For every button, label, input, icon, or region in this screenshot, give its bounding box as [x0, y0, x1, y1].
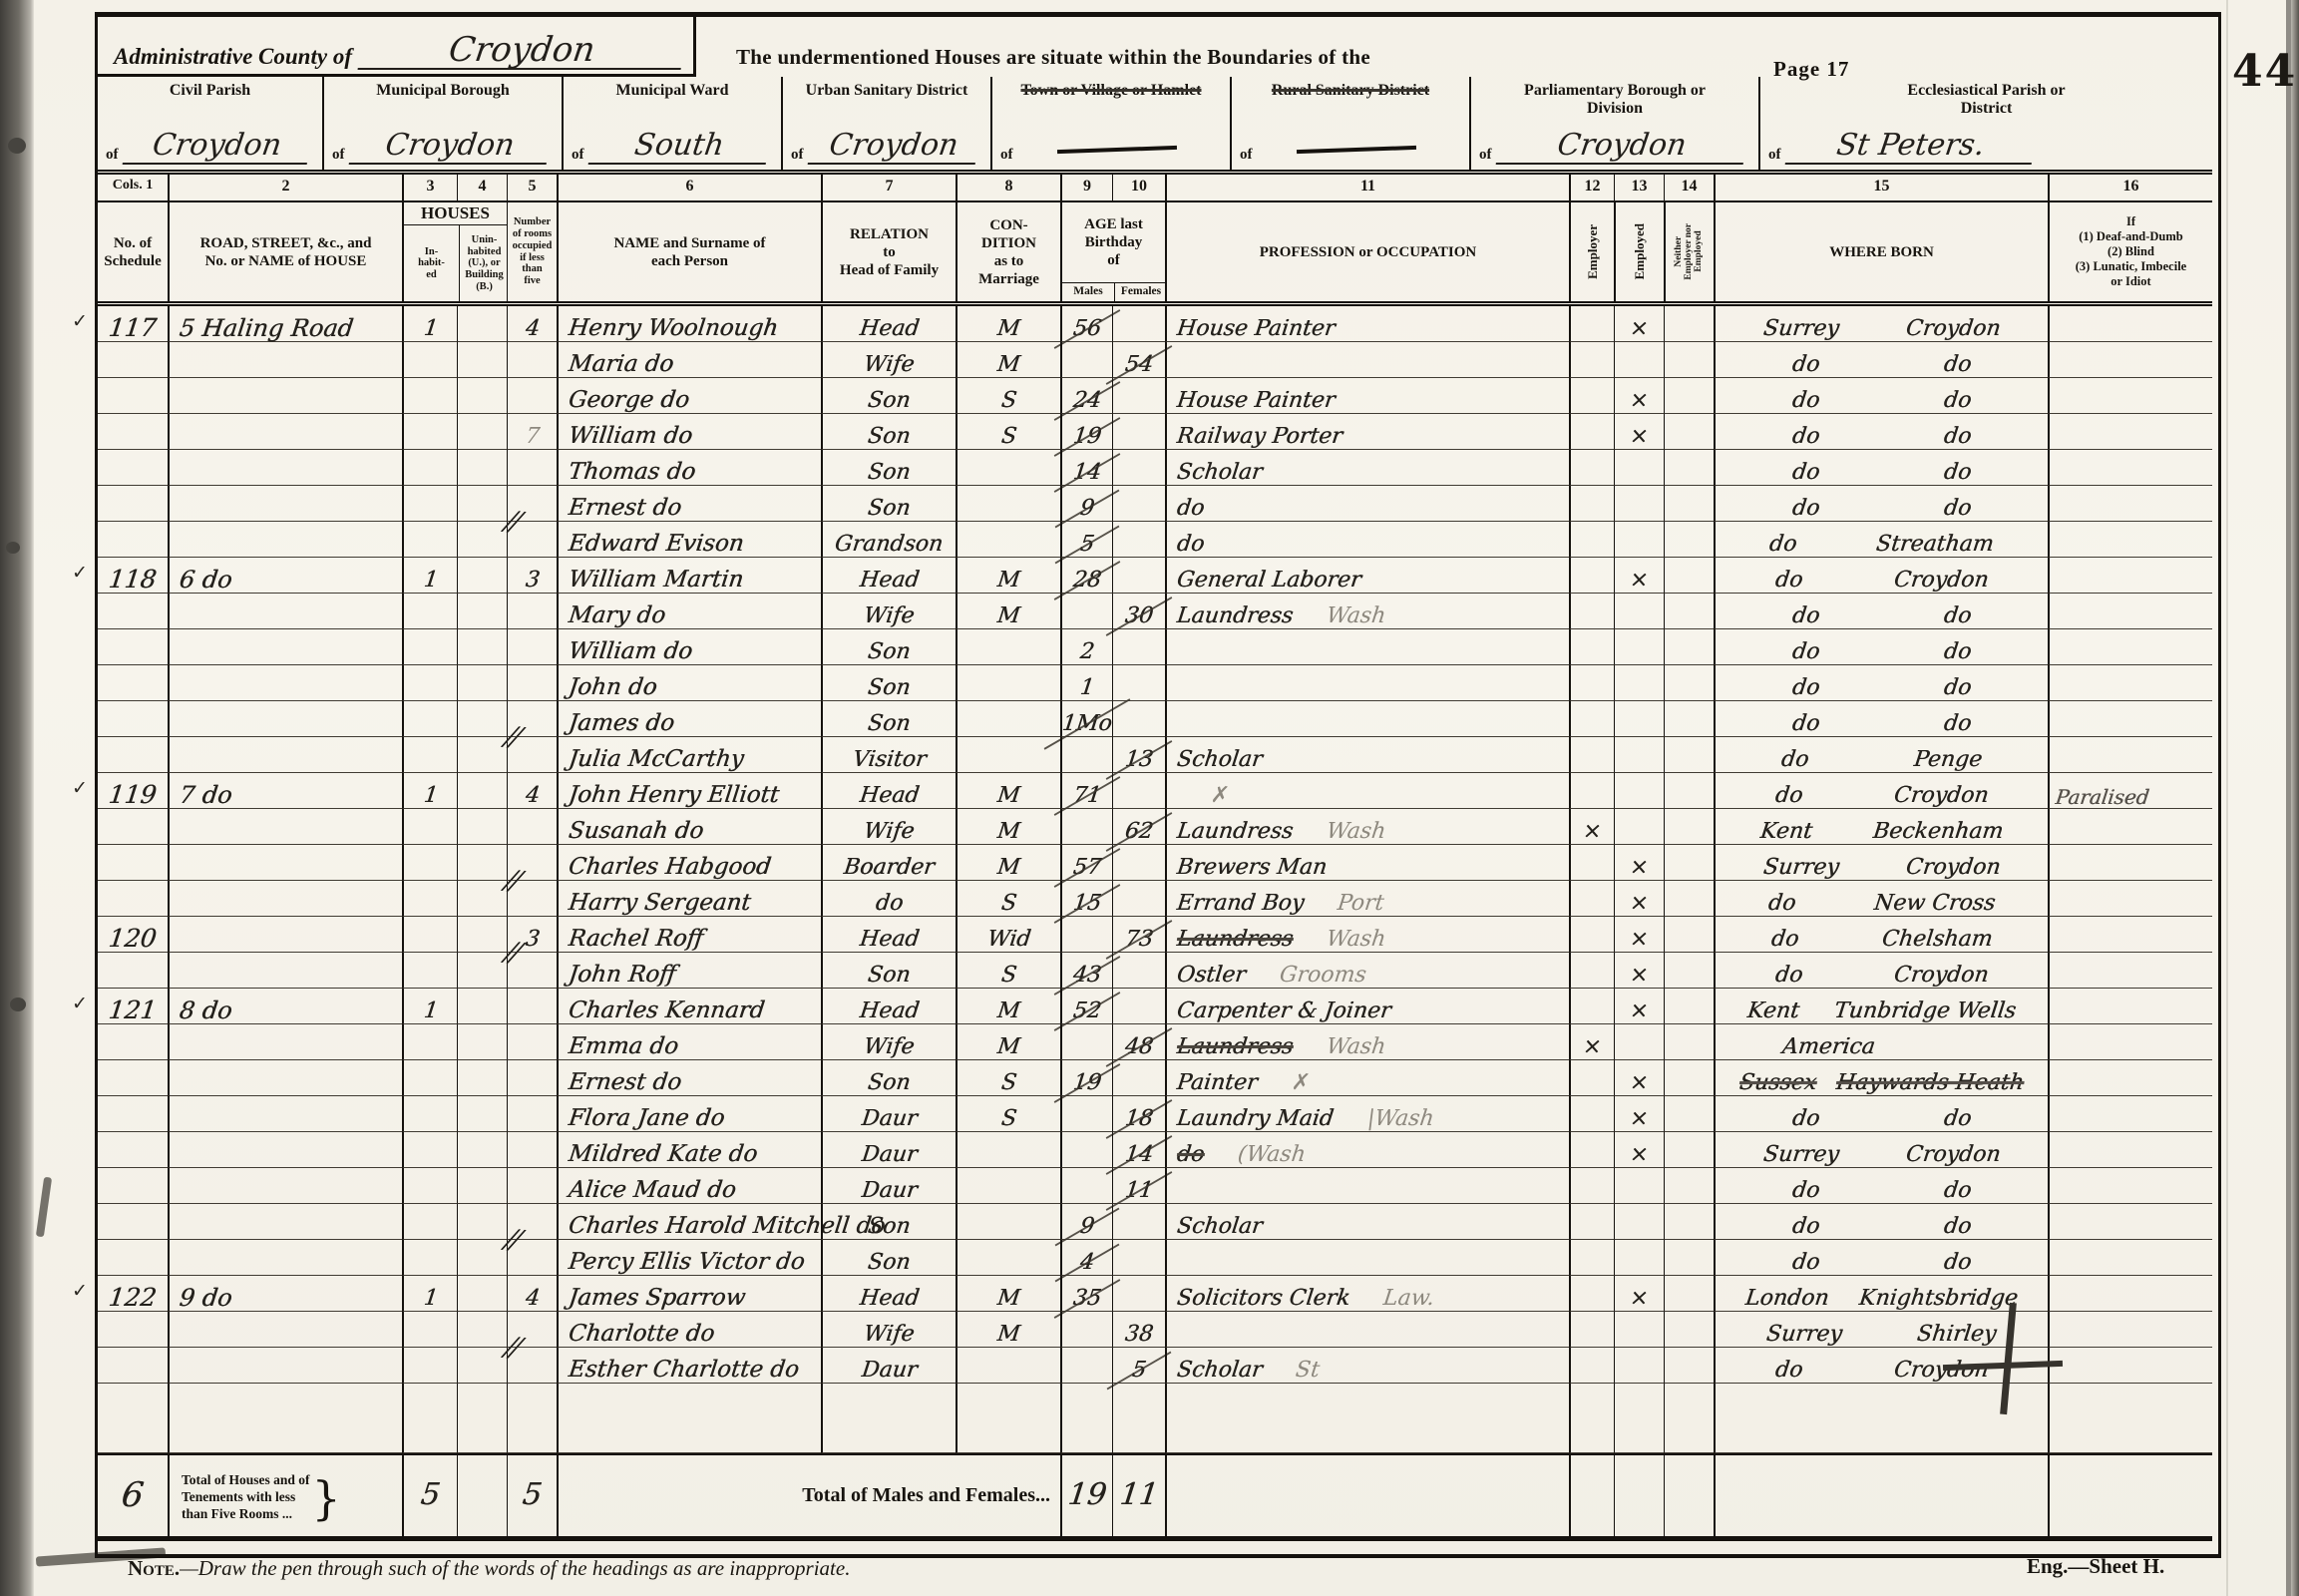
- born-cell: KentBeckenham: [1714, 809, 2048, 845]
- employer-cell: [1569, 450, 1614, 486]
- inhabited-cell: [402, 881, 457, 917]
- header-houses-group: HOUSES In- habit- ed Unin- habited (U.),…: [402, 202, 507, 301]
- road-cell: [168, 1348, 402, 1384]
- born-cell: dodo: [1714, 414, 2048, 450]
- name-cell: Ernest do: [557, 1060, 821, 1096]
- header-uninhabited: Unin- habited (U.), or Building (B.): [459, 225, 509, 301]
- employer-cell: [1569, 953, 1614, 989]
- condition-cell: [956, 1168, 1060, 1204]
- uninhabited-cell: [457, 1204, 507, 1240]
- scan-blot: [10, 997, 26, 1011]
- occupation-cell: [1165, 342, 1569, 378]
- header-condition: CON- DITION as to Marriage: [956, 202, 1060, 301]
- age-female-cell: [1112, 414, 1165, 450]
- age-male-cell: 28: [1060, 558, 1112, 594]
- table-row: Julia McCarthy Visitor 13 Scholar doPeng…: [98, 737, 2212, 773]
- table-row: Mary do Wife M 30 LaundressWash dodo: [98, 594, 2212, 629]
- condition-cell: Wid: [956, 917, 1060, 953]
- margin-checkmark: ✓: [72, 993, 88, 1015]
- neither-cell: [1664, 953, 1714, 989]
- torn-left-edge: [0, 0, 34, 1596]
- condition-cell: S: [956, 414, 1060, 450]
- age-female-cell: [1112, 558, 1165, 594]
- schedule-cell: [98, 414, 168, 450]
- rooms-cell: [507, 1240, 557, 1276]
- name-cell: James Sparrow: [557, 1276, 821, 1312]
- census-sheet: Administrative County of Croydon The und…: [95, 12, 2221, 1558]
- age-female-cell: 30: [1112, 594, 1165, 629]
- occupation-cell: Scholar: [1165, 1204, 1569, 1240]
- relation-cell: Son: [821, 1060, 956, 1096]
- header-schedule: No. of Schedule: [98, 202, 168, 301]
- schedule-cell: [98, 486, 168, 522]
- neither-cell: [1664, 809, 1714, 845]
- occupation-cell: Scholar: [1165, 737, 1569, 773]
- age-male-cell: 5: [1060, 522, 1112, 558]
- schedule-cell: [98, 1204, 168, 1240]
- inhabited-cell: 1: [402, 306, 457, 342]
- infirmity-cell: [2048, 737, 2212, 773]
- age-female-cell: 11: [1112, 1168, 1165, 1204]
- cross-mark: [1947, 1309, 2059, 1408]
- totals-males: 19: [1060, 1455, 1112, 1536]
- occupation-cell: LaundressWash: [1165, 1024, 1569, 1060]
- employed-cell: [1614, 773, 1664, 809]
- header-rooms: Number of rooms occupied if less than fi…: [507, 202, 557, 301]
- admin-county-label: Administrative County of: [114, 44, 352, 70]
- occupation-cell: do(Wash: [1165, 1132, 1569, 1168]
- road-cell: [168, 1132, 402, 1168]
- employed-cell: ×: [1614, 1060, 1664, 1096]
- table-row: ✓117 5 Haling Road 1 4 Henry Woolnough H…: [98, 306, 2212, 342]
- relation-cell: Son: [821, 629, 956, 665]
- infirmity-cell: [2048, 1240, 2212, 1276]
- rooms-cell: 4: [507, 773, 557, 809]
- infirmity-cell: [2048, 558, 2212, 594]
- age-female-cell: [1112, 522, 1165, 558]
- inhabited-cell: [402, 414, 457, 450]
- header-employed: Employed: [1614, 202, 1664, 301]
- sheet-label: Eng.—Sheet H.: [2027, 1554, 2164, 1579]
- employer-cell: [1569, 1240, 1614, 1276]
- born-cell: doCroydon: [1714, 953, 2048, 989]
- infirmity-cell: [2048, 665, 2212, 701]
- inhabited-cell: [402, 342, 457, 378]
- handwritten-value: South: [587, 132, 769, 165]
- occupation-cell: ✗: [1165, 773, 1569, 809]
- neither-cell: [1664, 594, 1714, 629]
- employed-cell: [1614, 1204, 1664, 1240]
- road-cell: [168, 809, 402, 845]
- inhabited-cell: [402, 1240, 457, 1276]
- census-rows: ✓117 5 Haling Road 1 4 Henry Woolnough H…: [98, 306, 2212, 1541]
- uninhabited-cell: [457, 594, 507, 629]
- name-cell: William do: [557, 629, 821, 665]
- inhabited-cell: [402, 1060, 457, 1096]
- age-male-cell: [1060, 1168, 1112, 1204]
- table-row: Ernest do Son S 19 Painter✗ × SussexHayw…: [98, 1060, 2212, 1096]
- totals-rooms: 5: [507, 1455, 557, 1536]
- table-row: James do Son 1Mo dodo: [98, 701, 2212, 737]
- neither-cell: [1664, 558, 1714, 594]
- district-ecclesiastical-parish: Ecclesiastical Parish or District ofSt P…: [1758, 77, 2212, 170]
- schedule-cell: [98, 953, 168, 989]
- employed-cell: ×: [1614, 306, 1664, 342]
- age-female-cell: 5: [1112, 1348, 1165, 1384]
- employed-cell: [1614, 701, 1664, 737]
- rooms-cell: [507, 953, 557, 989]
- schedule-cell: [98, 1348, 168, 1384]
- employed-cell: [1614, 486, 1664, 522]
- occupation-cell: do: [1165, 522, 1569, 558]
- inhabited-cell: [402, 1348, 457, 1384]
- age-female-cell: 48: [1112, 1024, 1165, 1060]
- infirmity-cell: [2048, 1096, 2212, 1132]
- name-cell: Maria do: [557, 342, 821, 378]
- census-scan-page: { "page": { "margin_number": "44", "admi…: [0, 0, 2299, 1596]
- employer-cell: [1569, 522, 1614, 558]
- occupation-cell: OstlerGrooms: [1165, 953, 1569, 989]
- neither-cell: [1664, 665, 1714, 701]
- rooms-cell: [507, 1024, 557, 1060]
- born-cell: SurreyCroydon: [1714, 845, 2048, 881]
- condition-cell: M: [956, 989, 1060, 1024]
- neither-cell: [1664, 486, 1714, 522]
- uninhabited-cell: [457, 917, 507, 953]
- condition-cell: M: [956, 1312, 1060, 1348]
- schedule-cell: ✓121: [98, 989, 168, 1024]
- occupation-cell: [1165, 1312, 1569, 1348]
- relation-cell: Head: [821, 989, 956, 1024]
- uninhabited-cell: [457, 665, 507, 701]
- rooms-cell: [507, 737, 557, 773]
- relation-cell: Head: [821, 1276, 956, 1312]
- road-cell: [168, 1168, 402, 1204]
- employed-cell: ×: [1614, 558, 1664, 594]
- road-cell: [168, 342, 402, 378]
- born-cell: dodo: [1714, 342, 2048, 378]
- infirmity-cell: [2048, 845, 2212, 881]
- relation-cell: Wife: [821, 1024, 956, 1060]
- uninhabited-cell: [457, 773, 507, 809]
- handwritten-dash: [1057, 146, 1177, 154]
- born-cell: dodo: [1714, 1204, 2048, 1240]
- table-row: Maria do Wife M 54 dodo: [98, 342, 2212, 378]
- employed-cell: [1614, 629, 1664, 665]
- uninhabited-cell: [457, 1024, 507, 1060]
- employed-cell: [1614, 1348, 1664, 1384]
- occupation-cell: [1165, 1168, 1569, 1204]
- name-cell: Julia McCarthy: [557, 737, 821, 773]
- table-row: Harry Sergeant do S 15 Errand BoyPort × …: [98, 881, 2212, 917]
- table-row: John Roff Son S 43 OstlerGrooms × doCroy…: [98, 953, 2212, 989]
- uninhabited-cell: [457, 1240, 507, 1276]
- infirmity-cell: [2048, 1168, 2212, 1204]
- relation-cell: Grandson: [821, 522, 956, 558]
- employed-cell: [1614, 522, 1664, 558]
- age-male-cell: [1060, 1132, 1112, 1168]
- totals-schedule-cell: 6: [98, 1455, 168, 1536]
- age-male-cell: 35: [1060, 1276, 1112, 1312]
- table-row: Alice Maud do Daur 11 dodo: [98, 1168, 2212, 1204]
- schedule-cell: [98, 522, 168, 558]
- neither-cell: [1664, 1060, 1714, 1096]
- employer-cell: [1569, 1096, 1614, 1132]
- age-female-cell: [1112, 953, 1165, 989]
- totals-males-females-label: Total of Males and Females...: [557, 1455, 1060, 1536]
- uninhabited-cell: [457, 881, 507, 917]
- employer-cell: ×: [1569, 809, 1614, 845]
- employer-cell: [1569, 1060, 1614, 1096]
- road-cell: [168, 1240, 402, 1276]
- employer-cell: [1569, 737, 1614, 773]
- neither-cell: [1664, 414, 1714, 450]
- age-male-cell: 2: [1060, 629, 1112, 665]
- born-cell: SurreyCroydon: [1714, 306, 2048, 342]
- uninhabited-cell: [457, 1132, 507, 1168]
- uninhabited-cell: [457, 1348, 507, 1384]
- infirmity-cell: [2048, 522, 2212, 558]
- age-female-cell: [1112, 1204, 1165, 1240]
- district-urban-sanitary: Urban Sanitary District ofCroydon: [781, 77, 990, 170]
- born-cell: dodo: [1714, 1168, 2048, 1204]
- age-female-cell: [1112, 701, 1165, 737]
- infirmity-cell: [2048, 1132, 2212, 1168]
- infirmity-cell: [2048, 342, 2212, 378]
- relation-cell: Son: [821, 450, 956, 486]
- age-female-cell: 62: [1112, 809, 1165, 845]
- scan-blot: [6, 542, 20, 554]
- name-cell: Esther Charlotte do: [557, 1348, 821, 1384]
- schedule-cell: [98, 1240, 168, 1276]
- name-cell: Edward Evison: [557, 522, 821, 558]
- name-cell: George do: [557, 378, 821, 414]
- infirmity-cell: [2048, 881, 2212, 917]
- inhabited-cell: [402, 1204, 457, 1240]
- relation-cell: Wife: [821, 342, 956, 378]
- employed-cell: ×: [1614, 1096, 1664, 1132]
- employed-cell: ×: [1614, 881, 1664, 917]
- born-cell: America: [1714, 1024, 2048, 1060]
- road-cell: [168, 917, 402, 953]
- employed-cell: [1614, 1024, 1664, 1060]
- table-row: Charlotte do Wife M 38 SurreyShirley: [98, 1312, 2212, 1348]
- inhabited-cell: [402, 1168, 457, 1204]
- occupation-cell: [1165, 1240, 1569, 1276]
- relation-cell: Daur: [821, 1348, 956, 1384]
- condition-cell: M: [956, 306, 1060, 342]
- age-female-cell: [1112, 665, 1165, 701]
- condition-cell: S: [956, 953, 1060, 989]
- rooms-cell: [507, 450, 557, 486]
- infirmity-cell: [2048, 1204, 2212, 1240]
- employed-cell: ×: [1614, 845, 1664, 881]
- schedule-cell: [98, 701, 168, 737]
- name-cell: Charles Kennard: [557, 989, 821, 1024]
- neither-cell: [1664, 1168, 1714, 1204]
- road-cell: [168, 1096, 402, 1132]
- district-town-village-hamlet: Town or Village or Hamlet of: [990, 77, 1230, 170]
- neither-cell: [1664, 1312, 1714, 1348]
- uninhabited-cell: [457, 1060, 507, 1096]
- road-cell: [168, 881, 402, 917]
- condition-cell: [956, 486, 1060, 522]
- age-male-cell: 15: [1060, 881, 1112, 917]
- age-male-cell: 24: [1060, 378, 1112, 414]
- rooms-cell: [507, 594, 557, 629]
- district-municipal-borough: Municipal Borough ofCroydon: [322, 77, 562, 170]
- inhabited-cell: [402, 1312, 457, 1348]
- rooms-cell: 4: [507, 306, 557, 342]
- name-cell: Henry Woolnough: [557, 306, 821, 342]
- rooms-cell: [507, 629, 557, 665]
- road-cell: 8 do: [168, 989, 402, 1024]
- inhabited-cell: 1: [402, 1276, 457, 1312]
- table-row: ✓122 9 do 1 4 James Sparrow Head M 35 So…: [98, 1276, 2212, 1312]
- employed-cell: [1614, 1240, 1664, 1276]
- table-row: Esther Charlotte do Daur 5 ScholarSt doC…: [98, 1348, 2212, 1384]
- rooms-cell: [507, 1132, 557, 1168]
- header-inhabited: In- habit- ed: [404, 225, 459, 301]
- rooms-cell: [507, 1348, 557, 1384]
- schedule-cell: [98, 1132, 168, 1168]
- age-male-cell: 14: [1060, 450, 1112, 486]
- employer-cell: [1569, 665, 1614, 701]
- schedule-cell: [98, 809, 168, 845]
- employer-cell: [1569, 845, 1614, 881]
- inhabited-cell: [402, 594, 457, 629]
- district-civil-parish: Civil Parish ofCroydon: [98, 77, 322, 170]
- road-cell: 5 Haling Road: [168, 306, 402, 342]
- column-header-row: No. of Schedule ROAD, STREET, &c., and N…: [98, 202, 2212, 306]
- condition-cell: S: [956, 881, 1060, 917]
- occupation-cell: ScholarSt: [1165, 1348, 1569, 1384]
- employed-cell: ×: [1614, 1132, 1664, 1168]
- relation-cell: Visitor: [821, 737, 956, 773]
- table-row: Percy Ellis Victor do Son 4 dodo: [98, 1240, 2212, 1276]
- infirmity-cell: [2048, 306, 2212, 342]
- relation-cell: Daur: [821, 1168, 956, 1204]
- margin-checkmark: ✓: [72, 777, 88, 800]
- neither-cell: [1664, 522, 1714, 558]
- neither-cell: [1664, 1096, 1714, 1132]
- totals-females: 11: [1112, 1455, 1165, 1536]
- age-female-cell: [1112, 1240, 1165, 1276]
- district-municipal-ward: Municipal Ward ofSouth: [562, 77, 781, 170]
- condition-cell: M: [956, 773, 1060, 809]
- rooms-cell: [507, 522, 557, 558]
- age-male-cell: 4: [1060, 1240, 1112, 1276]
- employer-cell: [1569, 558, 1614, 594]
- brace: }: [312, 1471, 341, 1525]
- uninhabited-cell: [457, 522, 507, 558]
- age-female-cell: [1112, 306, 1165, 342]
- infirmity-cell: [2048, 594, 2212, 629]
- uninhabited-cell: [457, 629, 507, 665]
- handwritten-value: Croydon: [1495, 132, 1746, 165]
- neither-cell: [1664, 989, 1714, 1024]
- born-cell: doCroydon: [1714, 773, 2048, 809]
- inhabited-cell: [402, 665, 457, 701]
- inhabited-cell: 1: [402, 773, 457, 809]
- age-male-cell: 9: [1060, 486, 1112, 522]
- occupation-cell: Painter✗: [1165, 1060, 1569, 1096]
- scan-right-edge: [2291, 0, 2299, 1596]
- name-cell: William Martin: [557, 558, 821, 594]
- road-cell: [168, 845, 402, 881]
- table-row: Flora Jane do Daur S 18 Laundry Maid|Was…: [98, 1096, 2212, 1132]
- age-male-cell: [1060, 809, 1112, 845]
- header-name: NAME and Surname of each Person: [557, 202, 821, 301]
- employed-cell: [1614, 737, 1664, 773]
- relation-cell: Head: [821, 306, 956, 342]
- header-males: Males: [1062, 283, 1114, 301]
- inhabited-cell: [402, 522, 457, 558]
- relation-cell: Head: [821, 558, 956, 594]
- neither-cell: [1664, 450, 1714, 486]
- table-row: Ernest do Son 9 do dodo: [98, 486, 2212, 522]
- rooms-cell: 7: [507, 414, 557, 450]
- blank-row: [98, 1384, 2212, 1453]
- infirmity-cell: [2048, 917, 2212, 953]
- district-rural-sanitary: Rural Sanitary District of: [1230, 77, 1469, 170]
- age-female-cell: 54: [1112, 342, 1165, 378]
- age-female-cell: 18: [1112, 1096, 1165, 1132]
- handwritten-value: Croydon: [807, 132, 978, 165]
- road-cell: [168, 665, 402, 701]
- condition-cell: [956, 1240, 1060, 1276]
- employer-cell: [1569, 486, 1614, 522]
- born-cell: LondonKnightsbridge: [1714, 1276, 2048, 1312]
- header-age-group: AGE last Birthday of Males Females: [1060, 202, 1165, 301]
- inhabited-cell: [402, 1024, 457, 1060]
- age-male-cell: [1060, 342, 1112, 378]
- inhabited-cell: [402, 1096, 457, 1132]
- margin-checkmark: ✓: [72, 310, 88, 333]
- occupation-cell: General Laborer: [1165, 558, 1569, 594]
- page-fold: [2226, 0, 2228, 1596]
- employer-cell: [1569, 1312, 1614, 1348]
- neither-cell: [1664, 1024, 1714, 1060]
- employer-cell: ×: [1569, 1024, 1614, 1060]
- inhabited-cell: [402, 809, 457, 845]
- road-cell: [168, 701, 402, 737]
- road-cell: 9 do: [168, 1276, 402, 1312]
- employer-cell: [1569, 701, 1614, 737]
- relation-cell: Head: [821, 917, 956, 953]
- road-cell: [168, 594, 402, 629]
- born-cell: dodo: [1714, 1096, 2048, 1132]
- road-cell: [168, 629, 402, 665]
- born-cell: dodo: [1714, 665, 2048, 701]
- age-male-cell: [1060, 737, 1112, 773]
- employed-cell: ×: [1614, 989, 1664, 1024]
- age-male-cell: [1060, 1348, 1112, 1384]
- occupation-cell: Scholar: [1165, 450, 1569, 486]
- relation-cell: Son: [821, 414, 956, 450]
- age-female-cell: [1112, 1060, 1165, 1096]
- age-female-cell: 13: [1112, 737, 1165, 773]
- road-cell: [168, 414, 402, 450]
- employed-cell: [1614, 450, 1664, 486]
- schedule-cell: 120: [98, 917, 168, 953]
- condition-cell: [956, 665, 1060, 701]
- condition-cell: S: [956, 1060, 1060, 1096]
- occupation-cell: Solicitors ClerkLaw.: [1165, 1276, 1569, 1312]
- neither-cell: [1664, 701, 1714, 737]
- name-cell: Percy Ellis Victor do: [557, 1240, 821, 1276]
- admin-county-value: Croydon: [358, 35, 686, 70]
